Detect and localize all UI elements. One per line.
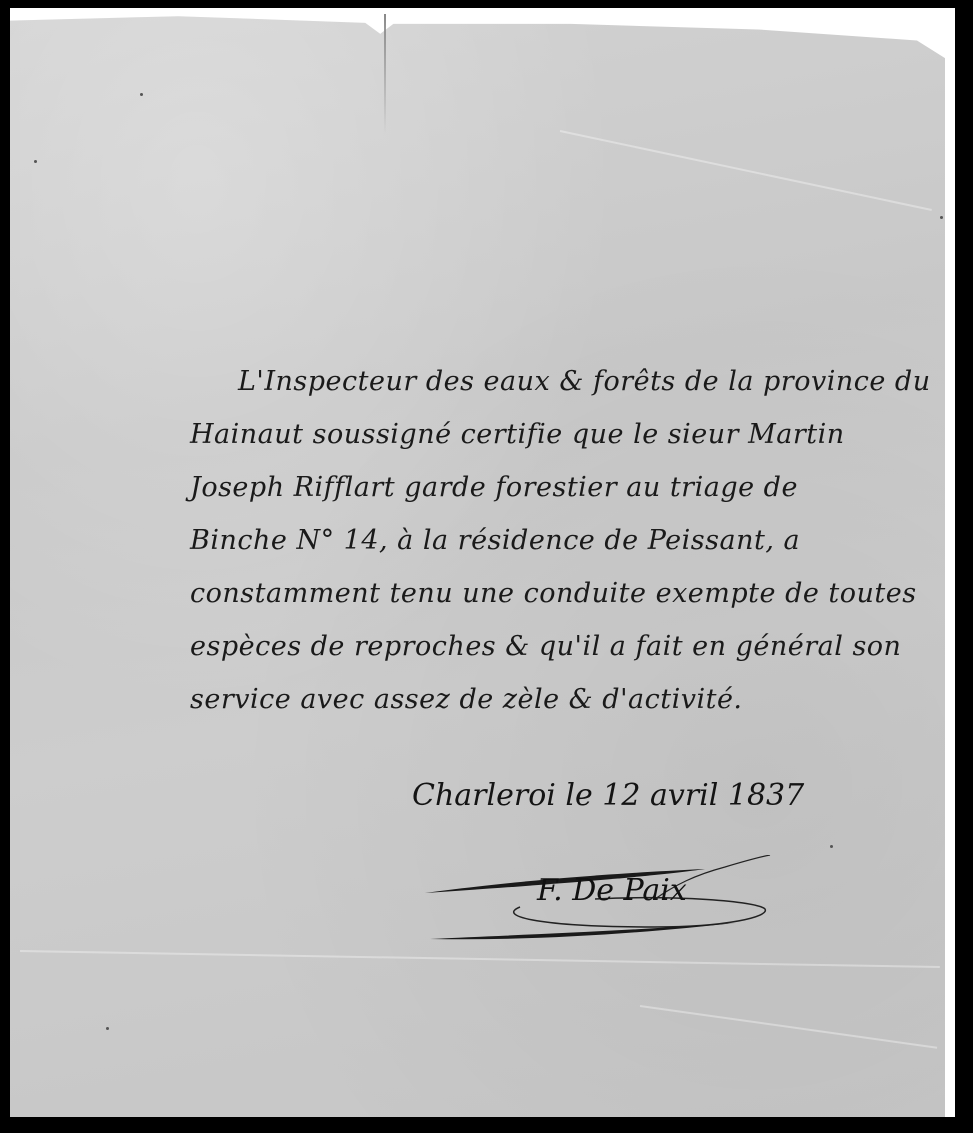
certificate-body: L'Inspecteur des eaux & forêts de la pro… xyxy=(190,355,910,726)
body-line: Binche N° 14, à la résidence de Peissant… xyxy=(190,514,910,567)
signature-name: F. De Paix xyxy=(537,873,687,908)
body-line: Joseph Rifflart garde forestier au triag… xyxy=(190,461,910,514)
ink-speck xyxy=(34,160,37,163)
body-line: constamment tenu une conduite exempte de… xyxy=(190,567,910,620)
paper-tear xyxy=(384,14,386,134)
body-line: Hainaut soussigné certifie que le sieur … xyxy=(190,408,910,461)
body-line: espèces de reproches & qu'il a fait en g… xyxy=(190,620,910,673)
body-line: service avec assez de zèle & d'activité. xyxy=(190,673,910,726)
place-date-line: Charleroi le 12 avril 1837 xyxy=(412,778,804,813)
signature-block: F. De Paix xyxy=(425,855,785,950)
ink-speck xyxy=(830,845,833,848)
body-line: L'Inspecteur des eaux & forêts de la pro… xyxy=(190,355,910,408)
ink-speck xyxy=(106,1027,109,1030)
ink-speck xyxy=(940,216,943,219)
ink-speck xyxy=(140,93,143,96)
